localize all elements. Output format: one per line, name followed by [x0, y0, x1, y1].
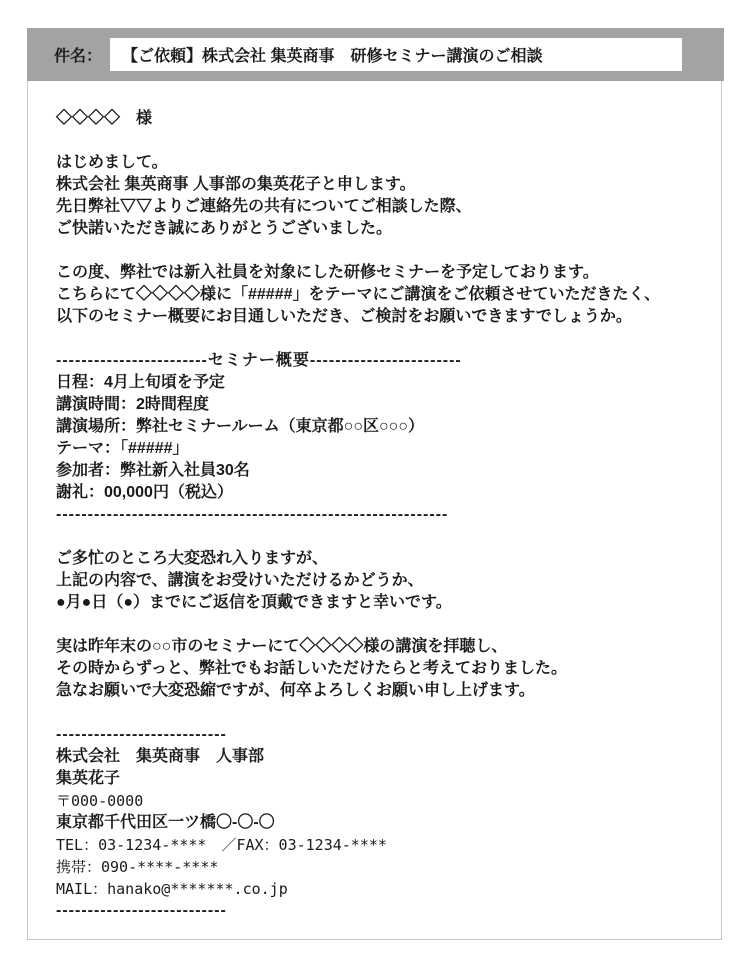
spacer — [56, 702, 706, 724]
email-body: ◇◇◇◇ 様 はじめまして。 株式会社 集英商事 人事部の集英花子と申します。 … — [56, 108, 706, 922]
signature-bottom-divider: --------------------------- — [56, 900, 706, 922]
seminar-place: 講演場所：弊社セミナールーム（東京都○○区○○○） — [56, 416, 706, 438]
seminar-attendees: 参加者：弊社新入社員30名 — [56, 460, 706, 482]
signature-postal: 〒000-0000 — [56, 790, 706, 812]
spacer — [56, 240, 706, 262]
spacer — [56, 328, 706, 350]
reply-request-line-2: 上記の内容で、講演をお受けいただけるかどうか、 — [56, 570, 706, 592]
intro-line-2: 株式会社 集英商事 人事部の集英花子と申します。 — [56, 174, 706, 196]
signature-company: 株式会社 集英商事 人事部 — [56, 746, 706, 768]
request-line-1: この度、弊社では新入社員を対象にした研修セミナーを予定しております。 — [56, 262, 706, 284]
seminar-duration: 講演時間：2時間程度 — [56, 394, 706, 416]
closing-line-3: 急なお願いで大変恐縮ですが、何卒よろしくお願い申し上げます。 — [56, 680, 706, 702]
signature-tel-fax: TEL：03-1234-**** ／FAX：03-1234-**** — [56, 834, 706, 856]
seminar-date: 日程：4月上旬頃を予定 — [56, 372, 706, 394]
recipient-line: ◇◇◇◇ 様 — [56, 108, 706, 130]
spacer — [56, 526, 706, 548]
email-template-page: 件名： 【ご依頼】株式会社 集英商事 研修セミナー講演のご相談 ◇◇◇◇ 様 は… — [0, 0, 750, 972]
request-line-2: こちらにて◇◇◇◇様に「#####」をテーマにご講演をご依頼させていただきたく、 — [56, 284, 706, 306]
signature-mobile: 携帯：090-****-**** — [56, 856, 706, 878]
signature-top-divider: --------------------------- — [56, 724, 706, 746]
spacer — [56, 130, 706, 152]
spacer — [56, 614, 706, 636]
closing-line-1: 実は昨年末の○○市のセミナーにて◇◇◇◇様の講演を拝聴し、 — [56, 636, 706, 658]
signature-mail: MAIL：hanako@*******.co.jp — [56, 878, 706, 900]
intro-line-1: はじめまして。 — [56, 152, 706, 174]
signature-name: 集英花子 — [56, 768, 706, 790]
subject-bar: 件名： 【ご依頼】株式会社 集英商事 研修セミナー講演のご相談 — [27, 28, 724, 81]
subject-value: 【ご依頼】株式会社 集英商事 研修セミナー講演のご相談 — [122, 43, 542, 66]
reply-request-line-3: ●月●日（●）までにご返信を頂戴できますと幸いです。 — [56, 592, 706, 614]
reply-request-line-1: ご多忙のところ大変恐れ入りますが、 — [56, 548, 706, 570]
request-line-3: 以下のセミナー概要にお目通しいただき、ご検討をお願いできますでしょうか。 — [56, 306, 706, 328]
subject-input[interactable]: 【ご依頼】株式会社 集英商事 研修セミナー講演のご相談 — [110, 38, 682, 71]
intro-line-3: 先日弊社▽▽よりご連絡先の共有についてご相談した際、 — [56, 196, 706, 218]
seminar-fee: 謝礼：00,000円（税込） — [56, 482, 706, 504]
signature-address: 東京都千代田区一ツ橋〇-〇-〇 — [56, 812, 706, 834]
subject-label: 件名： — [54, 43, 102, 66]
email-frame: 件名： 【ご依頼】株式会社 集英商事 研修セミナー講演のご相談 ◇◇◇◇ 様 は… — [27, 28, 722, 940]
seminar-bottom-divider: ----------------------------------------… — [56, 504, 706, 526]
closing-line-2: その時からずっと、弊社でもお話しいただけたらと考えておりました。 — [56, 658, 706, 680]
seminar-theme: テーマ：「#####」 — [56, 438, 706, 460]
intro-line-4: ご快諾いただき誠にありがとうございました。 — [56, 218, 706, 240]
seminar-header-divider: ------------------------セミナー概要----------… — [56, 350, 706, 372]
